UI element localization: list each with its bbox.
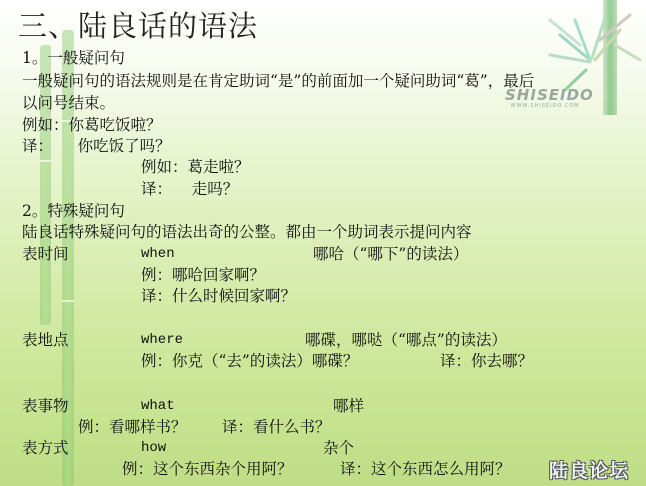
page-title: 三、陆良话的语法	[18, 4, 258, 45]
bamboo-node	[62, 300, 74, 302]
section1-rule-line2: 以问号结束。	[22, 93, 115, 114]
category-manner: 表方式	[22, 438, 69, 459]
category-thing: 表事物	[22, 396, 69, 417]
word-thing: 哪样	[333, 396, 364, 417]
translation-time: 译：什么时候回家啊？	[141, 286, 296, 307]
word-place: 哪碟，哪哒（“哪点”的读法）	[305, 330, 507, 351]
word-time: 哪哈（“哪下”的读法）	[313, 244, 468, 265]
section2-heading: 2。特殊疑问句	[22, 201, 125, 222]
english-how: how	[141, 438, 166, 459]
section1-example2: 例如：葛走啦？	[141, 157, 250, 178]
watermark-forum: 陆良论坛	[549, 456, 629, 483]
category-place: 表地点	[22, 330, 69, 351]
english-when: when	[141, 244, 175, 265]
section1-example1: 例如：你葛吃饭啦？	[22, 115, 162, 136]
section1-heading: 1。一般疑问句	[22, 48, 125, 69]
section2-intro: 陆良话特殊疑问句的语法出奇的公整。都由一个助词表示提问内容	[22, 222, 472, 243]
category-time: 表时间	[22, 244, 69, 265]
translation-thing: 译：看什么书？	[222, 417, 331, 438]
word-manner: 杂个	[323, 438, 354, 459]
english-what: what	[141, 396, 175, 417]
english-where: where	[141, 330, 183, 351]
example-time: 例：哪哈回家啊？	[141, 265, 265, 286]
translation-place: 译：你去哪？	[440, 351, 533, 372]
example-manner: 例：这个东西杂个用阿？	[122, 459, 293, 480]
section1-translation2: 译： 走吗？	[141, 179, 238, 200]
example-place: 例：你克（“去”的读法）哪碟？	[141, 351, 358, 372]
translation-manner: 译：这个东西怎么用阿？	[340, 459, 511, 480]
section1-rule-line1: 一般疑问句的语法规则是在肯定助词“是”的前面加一个疑问助词“葛”，最后	[22, 71, 534, 92]
bamboo-node	[40, 160, 51, 162]
logo-url: WWW.SHISEIDO.COM	[505, 103, 585, 109]
section1-translation1: 译： 你吃饭了吗？	[22, 136, 171, 157]
example-thing: 例：看哪样书？	[78, 417, 187, 438]
